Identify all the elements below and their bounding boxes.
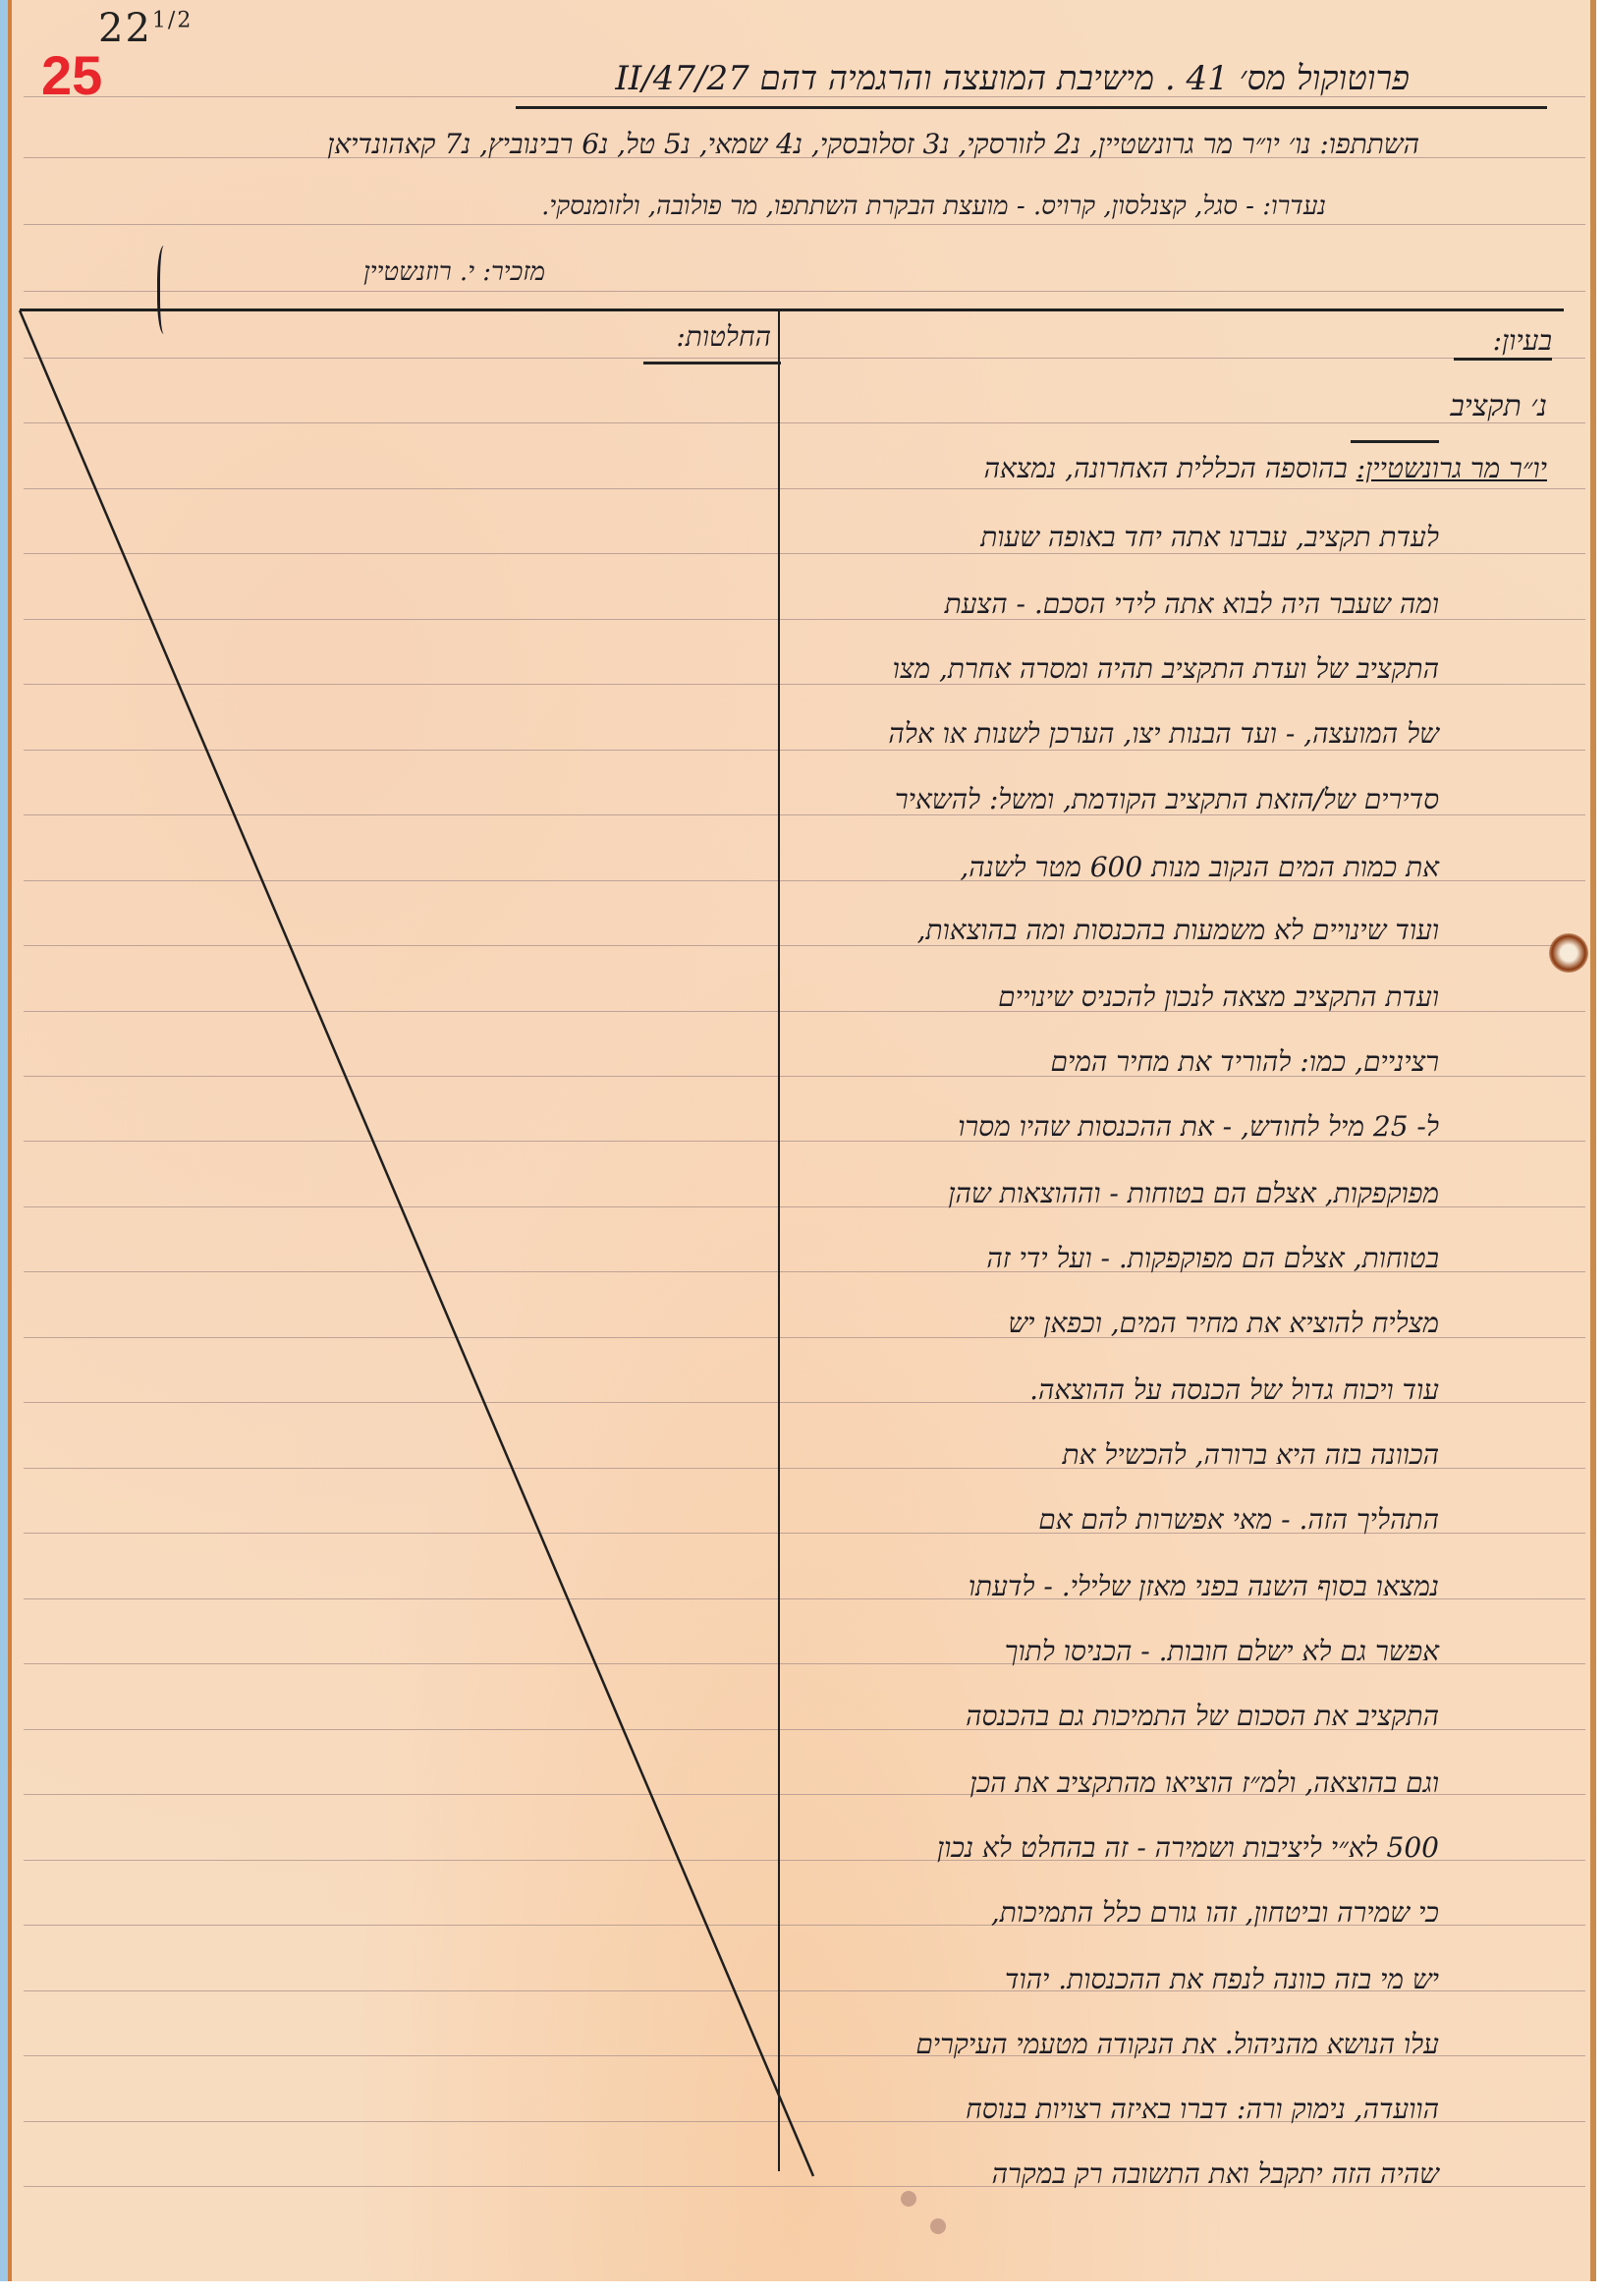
body-line: יו״ר מר גרונשטיין: בהוספה הכללית האחרונה… [984, 452, 1547, 485]
attendees-line: השתתפו: נו׳ יו״ר מר גרונשטיין, נ2 לזורסק… [327, 128, 1419, 161]
agenda-item-underline [1351, 440, 1439, 443]
title-underline [516, 106, 1547, 109]
body-line: של המועצה, - ועד הבנות יצו, הערכן לשנות … [888, 717, 1439, 751]
body-line: הוועדה, נימוק ורה: דברו באיזה רצויות בנו… [966, 2093, 1439, 2126]
body-line: שהיה הזה יתקבל ואת התשובה רק במקרה [992, 2157, 1439, 2191]
body-line: לעדת תקציב, עברנו אתה יחד באופה שעות [980, 521, 1439, 554]
ink-spot [901, 2191, 916, 2207]
body-line: כי שמירה וביטחון, זהו גורם כלל התמיכות, [991, 1896, 1439, 1930]
decisions-underline [643, 362, 781, 364]
body-line: רציניים, כמו: להוריד את מחיר המים [1051, 1045, 1440, 1079]
body-line: ל- 25 מיל לחודש, - את ההכנסות שהיו מסרו [958, 1110, 1439, 1144]
body-line: ועדת התקציב מצאה לנכון להכניס שינויים [998, 980, 1439, 1014]
body-line: 500 לא״י ליציבות ושמירה - זה בהחלט לא נכ… [937, 1831, 1439, 1865]
body-line: מצליח להוציא את מחיר המים, וכפאן יש [1008, 1307, 1439, 1340]
scan-edge [0, 0, 8, 2281]
decisions-heading: החלטות: [676, 320, 771, 354]
body-line: נמצאו בסוף השנה בפני מאזן שלילי. - לדעתו [969, 1570, 1439, 1603]
ink-spot [930, 2218, 946, 2234]
stamped-page-number: 221/2 [98, 6, 193, 51]
column-divider [778, 308, 780, 2171]
body-line: אפשר גם לא ישלם חובות. - הכניסו לתוך [1005, 1635, 1439, 1668]
speaker-name: יו״ר מר גרונשטיין: [1357, 452, 1547, 484]
body-line: בטוחות, אצלם הם מפוקפקות. - ועל ידי זה [986, 1242, 1439, 1275]
burn-stain [1549, 933, 1588, 973]
body-line: ועוד שינויים לא משמעות בהכנסות ומה בהוצא… [917, 914, 1439, 947]
body-line: עלו הנושא מהניהול. את הנקודה מטעמי העיקר… [915, 2028, 1439, 2061]
body-line: התהליך הזה. - מאי אפשרות להם אם [1038, 1503, 1439, 1537]
body-line: עוד ויכוח גדול של הכנסה על ההוצאה. [1029, 1373, 1439, 1407]
body-line: וגם בהוצאה, ולמ״ז הוציאו מהתקציב את הכן [969, 1766, 1439, 1800]
page-marker: 25 [41, 43, 102, 107]
body-line: התקציב של ועדת התקציב תהיה ומסרה אחרת, מ… [893, 652, 1439, 686]
signature-flourish [157, 246, 174, 334]
secretary-signature: מזכיר: י. רוזנשטיין [363, 257, 545, 287]
agenda-underline [1454, 358, 1552, 361]
body-line: הכוונה בזה היא ברורה, להכשיל את [1063, 1438, 1440, 1472]
body-line: יש מי בזה כוונה לנפח את ההכנסות. יהוד [1005, 1963, 1439, 1996]
agenda-heading: בעיון: [1493, 324, 1552, 358]
body-line: התקציב את הסכום של התמיכות גם בהכנסה [966, 1700, 1439, 1733]
agenda-item-heading: נ׳ תקציב [1450, 389, 1547, 423]
body-line: מפוקפקות, אצלם הם בטוחות - וההוצאות שהן [948, 1177, 1439, 1210]
absent-line: נעדרו: - סגל, קצנלסון, קרויס. - מועצת הב… [541, 192, 1326, 221]
protocol-title: פרוטוקול מס׳ 41 . מישיבת המועצה והרגמיה … [615, 59, 1410, 98]
body-line: סדירים של/הזאת התקציב הקודמת, ומשל: להשא… [895, 783, 1439, 816]
body-line: ומה שעבר היה לבוא אתה לידי הסכם. - הצעת [945, 588, 1439, 621]
body-line: את כמות המים הנקוב מנות 600 מטר לשנה, [960, 851, 1439, 884]
table-top-rule [20, 308, 1564, 311]
